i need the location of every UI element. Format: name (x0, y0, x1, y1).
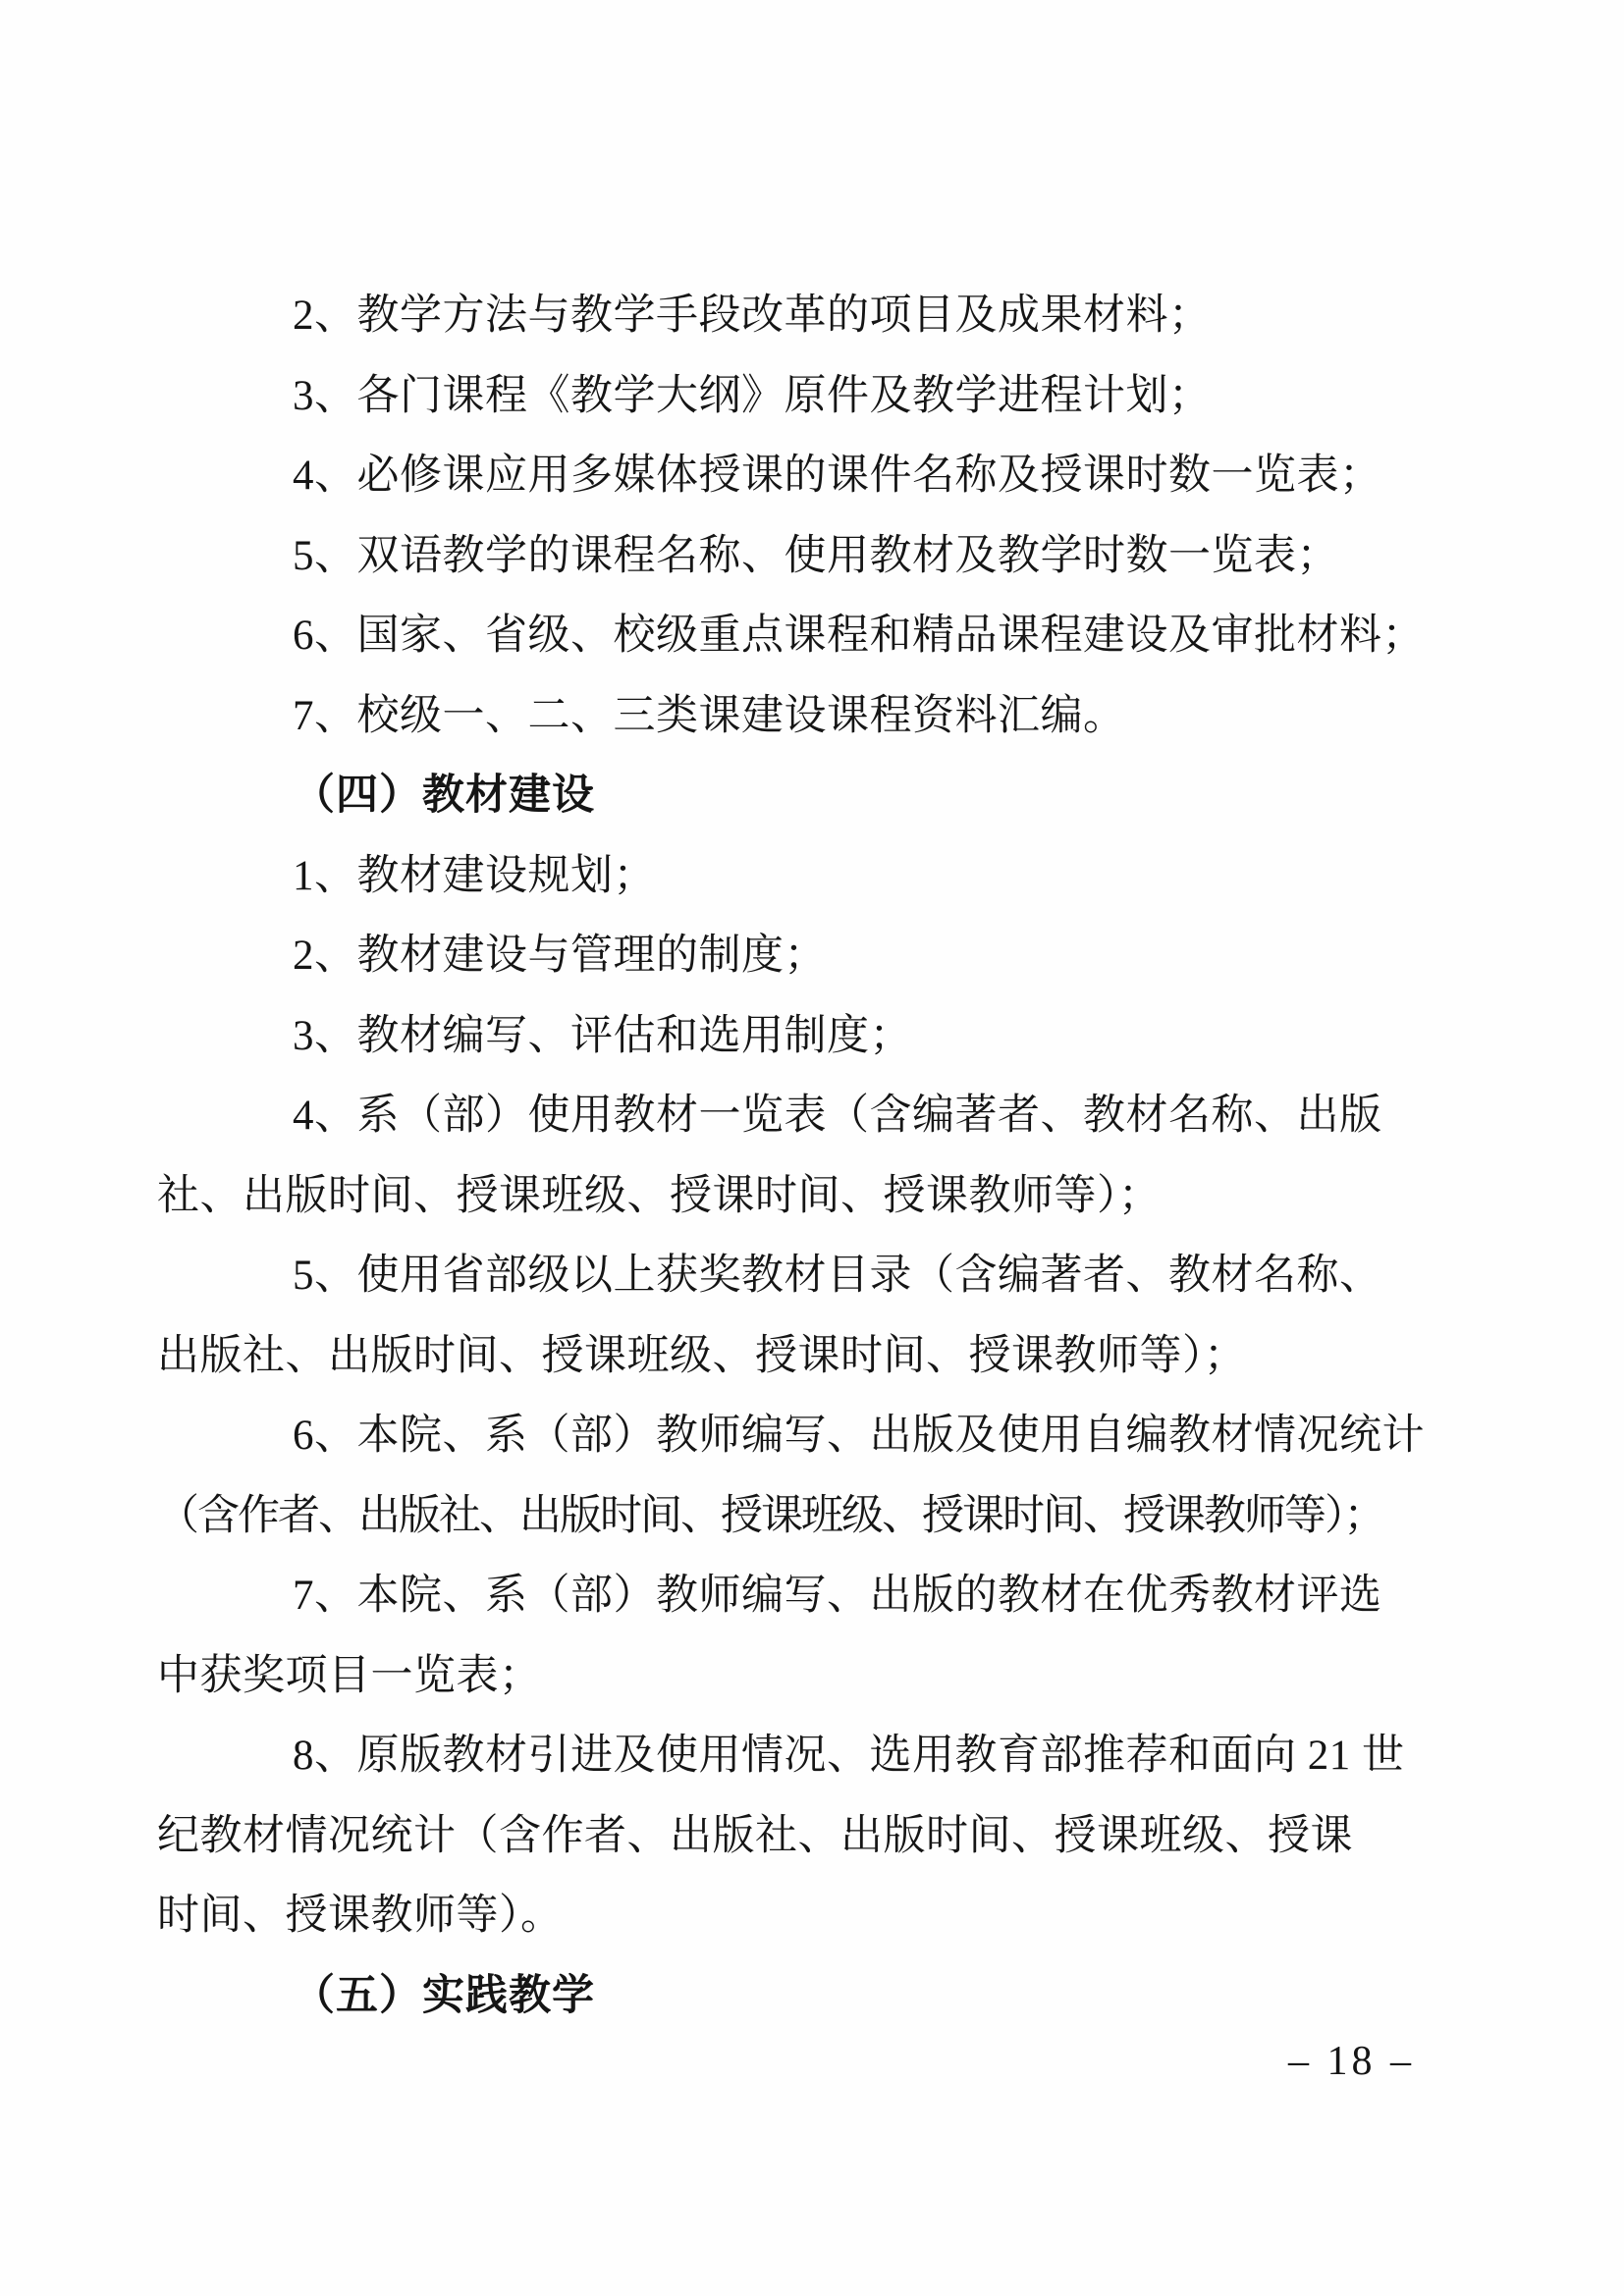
text-line: 时间、授课教师等）。 (157, 1876, 1419, 1956)
text-line: 4、系（部）使用教材一览表（含编著者、教材名称、出版 (157, 1076, 1419, 1156)
text-line: 5、双语教学的课程名称、使用教材及教学时数一览表； (157, 516, 1419, 597)
text-line: 纪教材情况统计（含作者、出版社、出版时间、授课班级、授课 (157, 1796, 1419, 1877)
text-line: 3、各门课程《教学大纲》原件及教学进程计划； (157, 356, 1419, 437)
text-line: 3、教材编写、评估和选用制度； (157, 996, 1419, 1077)
text-line: 4、必修课应用多媒体授课的课件名称及授课时数一览表； (157, 436, 1419, 516)
document-body: 2、教学方法与教学手段改革的项目及成果材料；3、各门课程《教学大纲》原件及教学进… (157, 276, 1419, 2036)
text-line: 6、本院、系（部）教师编写、出版及使用自编教材情况统计 (157, 1396, 1419, 1476)
text-line: 2、教学方法与教学手段改革的项目及成果材料； (157, 276, 1419, 356)
text-line: 6、国家、省级、校级重点课程和精品课程建设及审批材料； (157, 596, 1419, 676)
document-page: 2、教学方法与教学手段改革的项目及成果材料；3、各门课程《教学大纲》原件及教学进… (0, 0, 1624, 2296)
text-line: 社、出版时间、授课班级、授课时间、授课教师等）； (157, 1156, 1419, 1237)
text-line: 8、原版教材引进及使用情况、选用教育部推荐和面向 21 世 (157, 1716, 1419, 1796)
section-heading: （四）教材建设 (157, 756, 1419, 836)
text-line: 7、校级一、二、三类课建设课程资料汇编。 (157, 676, 1419, 757)
text-line: 1、教材建设规划； (157, 836, 1419, 917)
text-line: 7、本院、系（部）教师编写、出版的教材在优秀教材评选 (157, 1556, 1419, 1636)
section-heading: （五）实践教学 (157, 1956, 1419, 2037)
text-line: 中获奖项目一览表； (157, 1636, 1419, 1717)
text-line: 出版社、出版时间、授课班级、授课时间、授课教师等）； (157, 1316, 1419, 1397)
text-line: 5、使用省部级以上获奖教材目录（含编著者、教材名称、 (157, 1236, 1419, 1316)
page-number: – 18 – (1288, 2032, 1415, 2091)
text-line: 2、教材建设与管理的制度； (157, 916, 1419, 996)
text-line: （含作者、出版社、出版时间、授课班级、授课时间、授课教师等）； (157, 1476, 1419, 1557)
